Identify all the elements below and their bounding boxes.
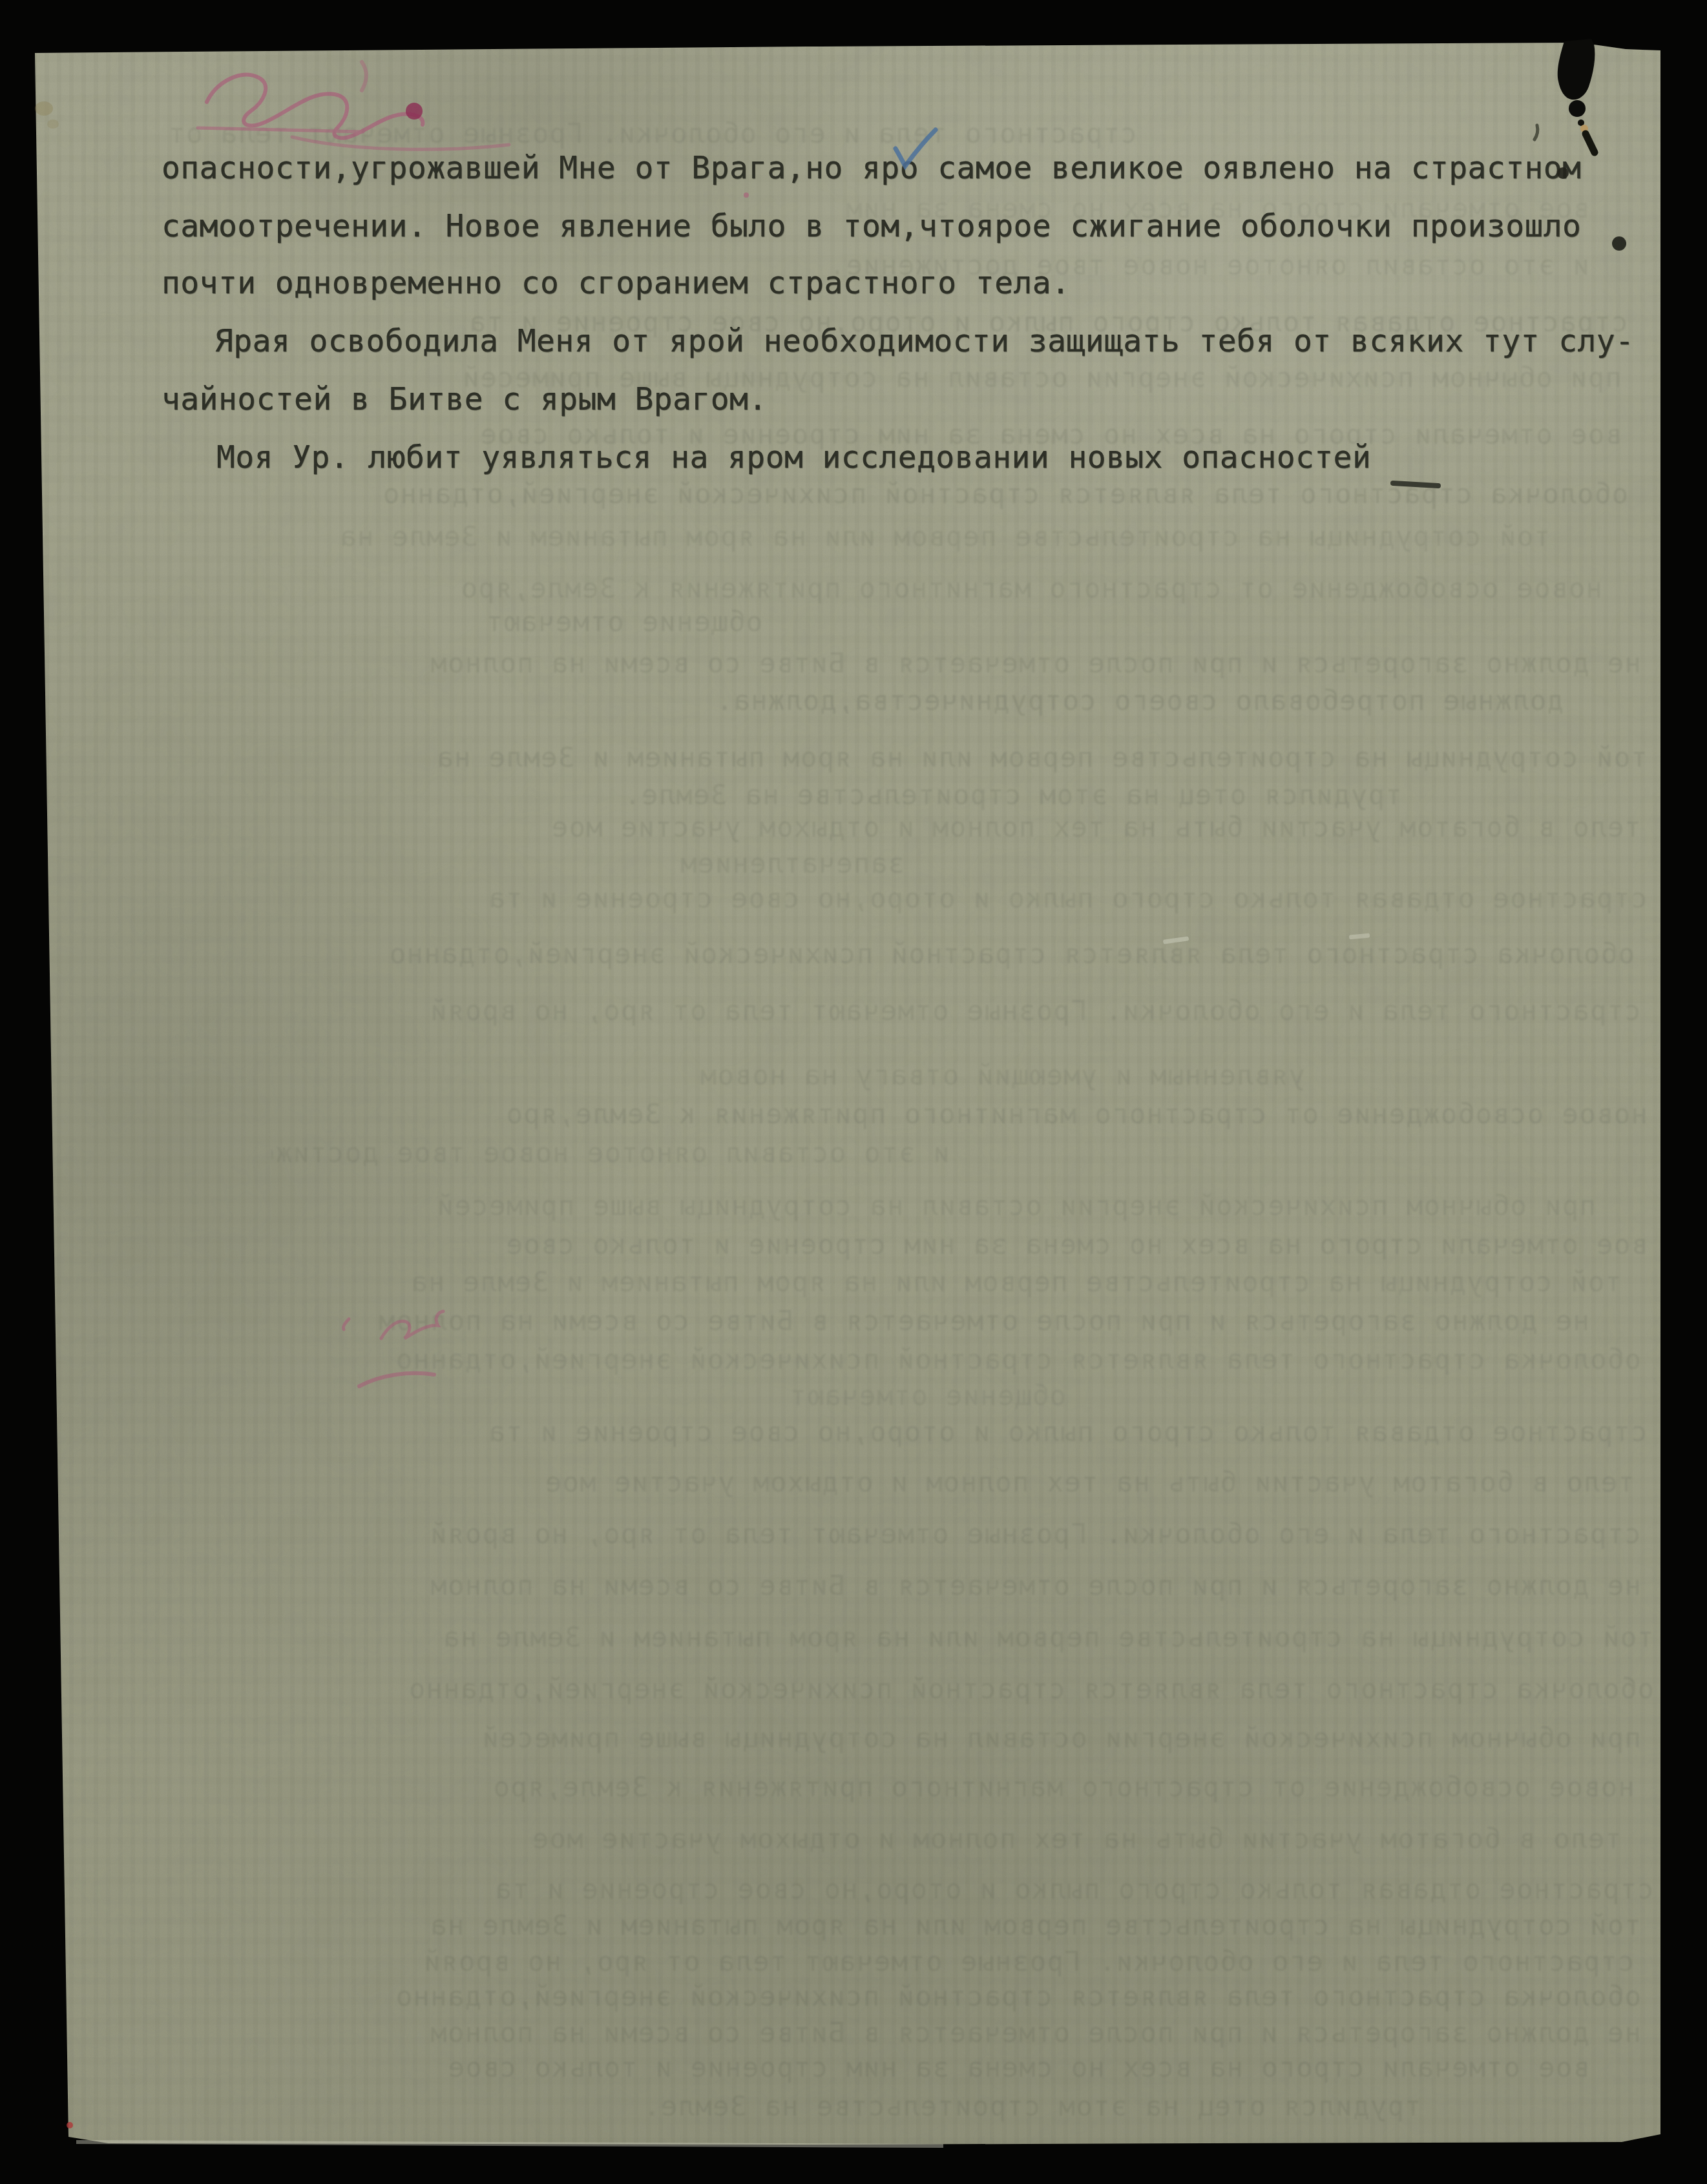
document-page — [32, 43, 1660, 2145]
scanner-background: страстного тела и его оболочки. Грозные … — [0, 0, 1707, 2184]
